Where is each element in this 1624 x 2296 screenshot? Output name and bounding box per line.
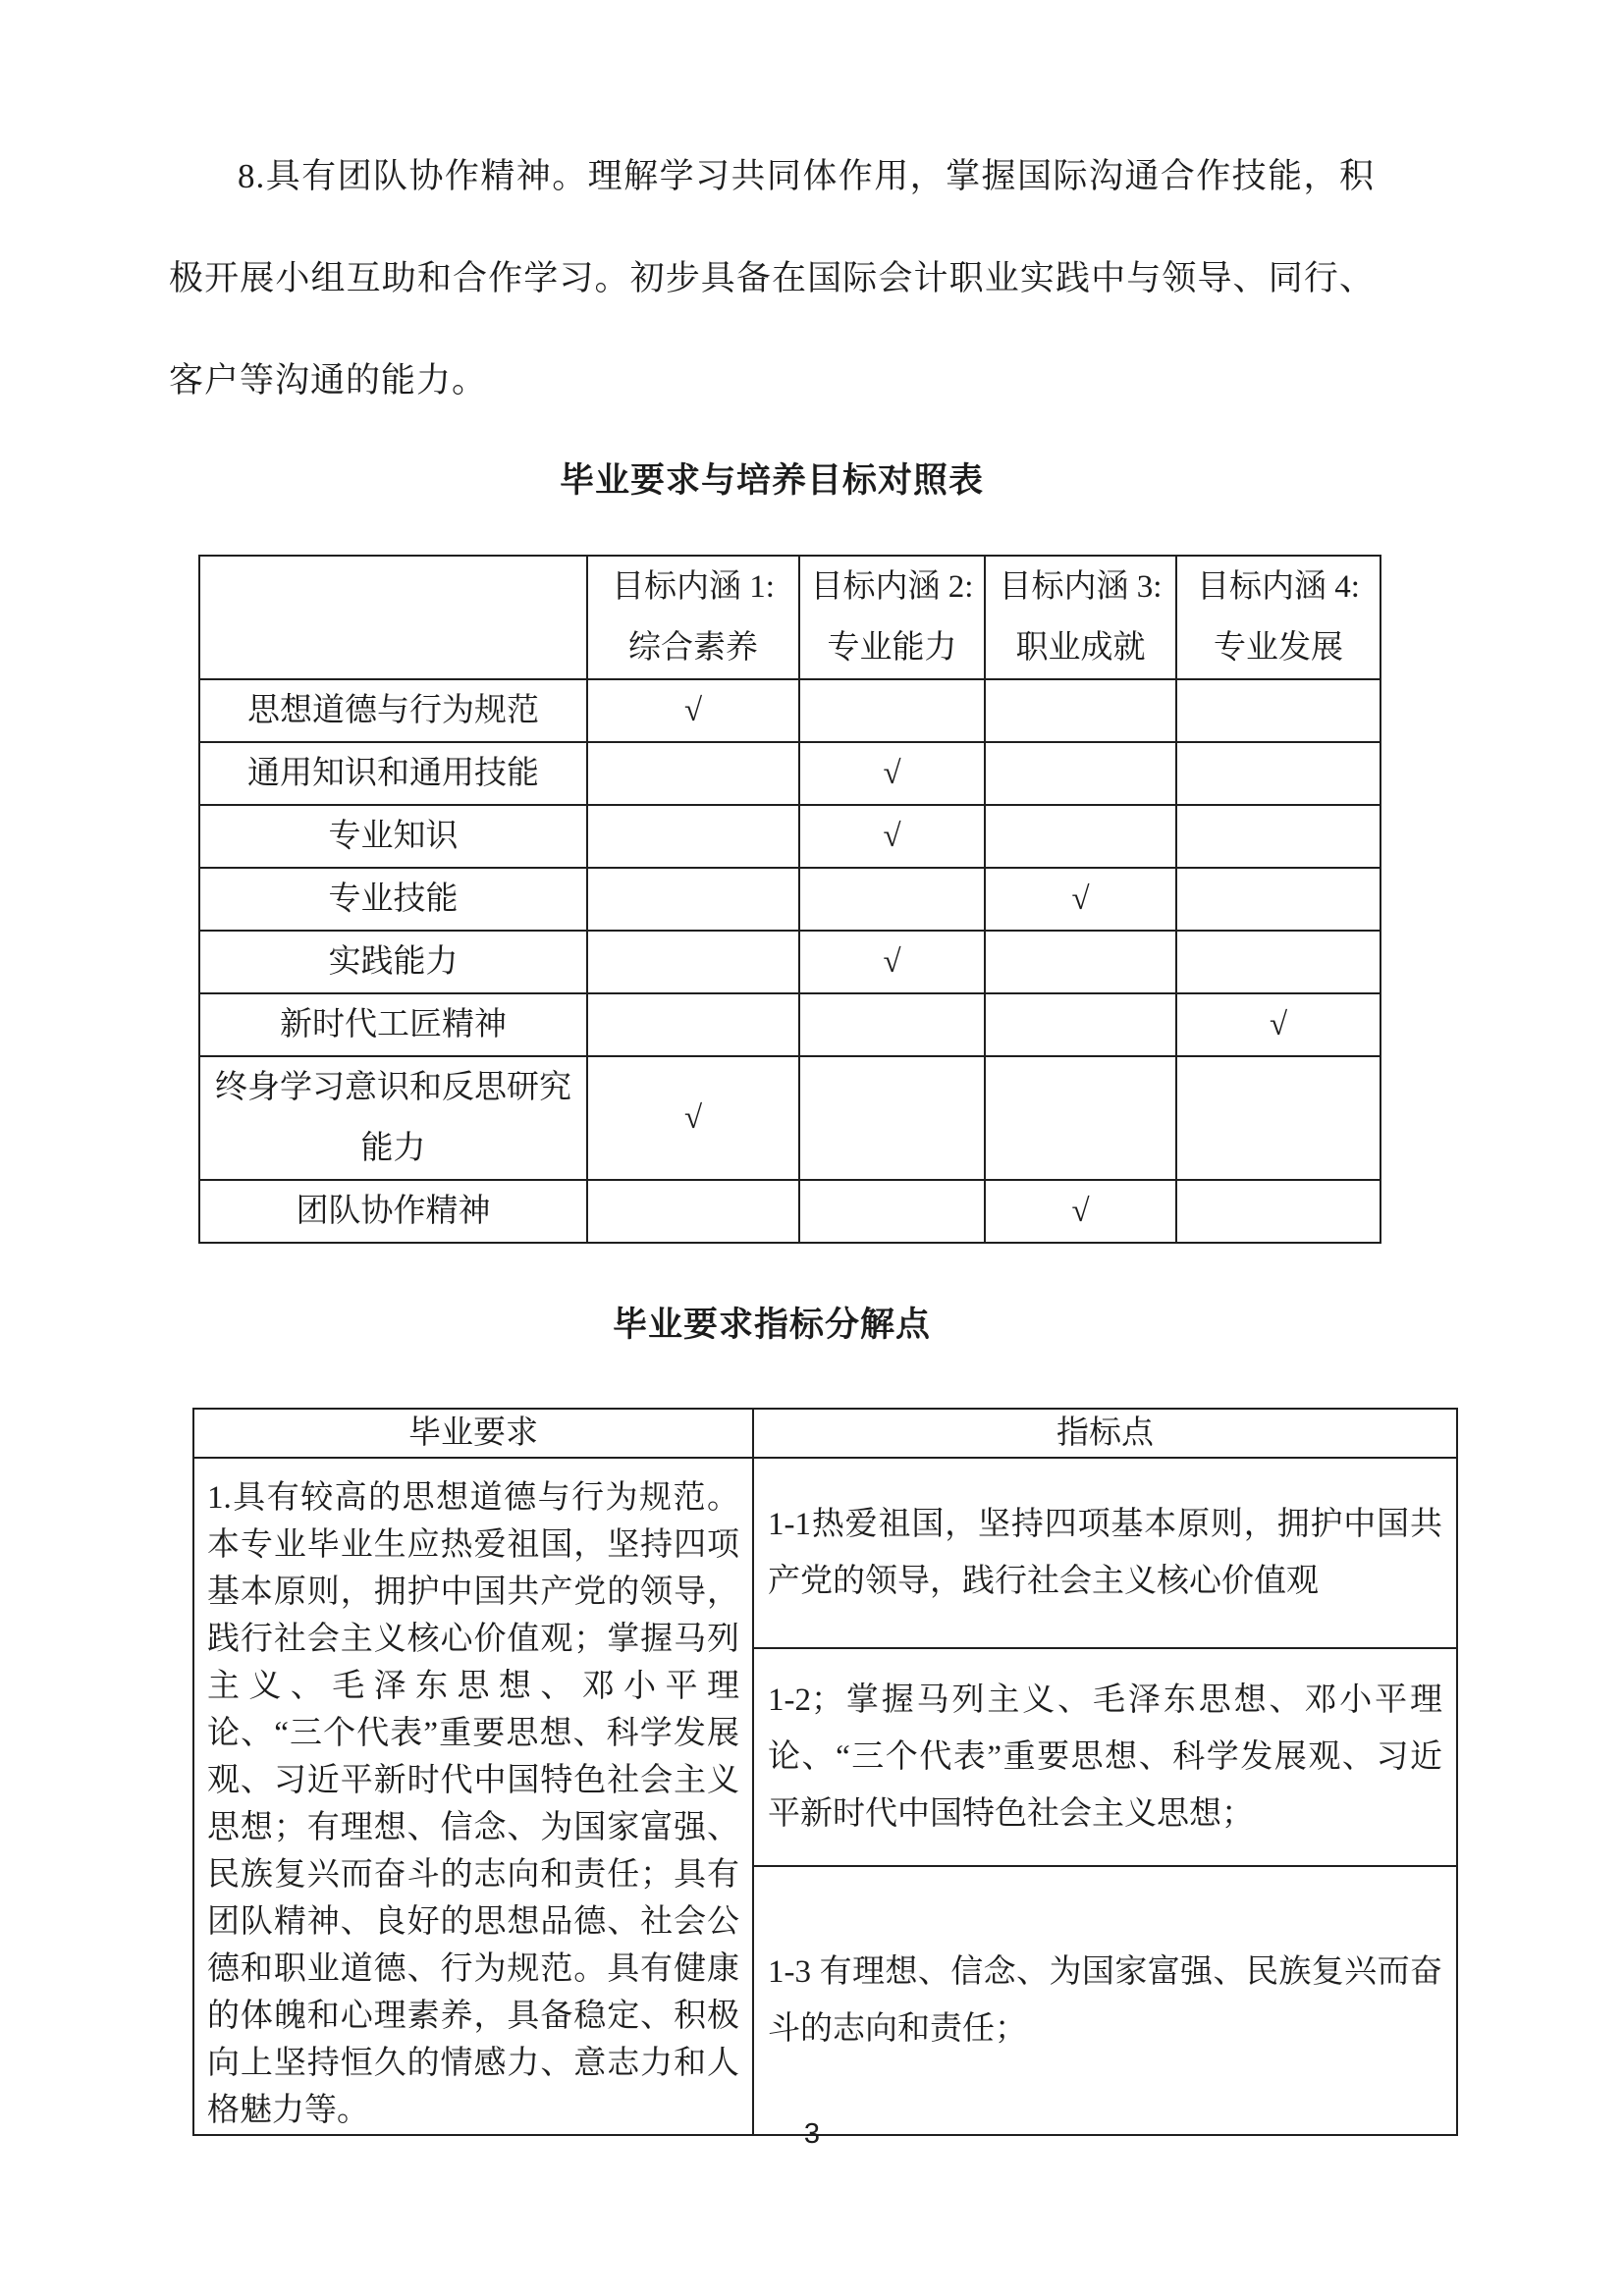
col-header-line1: 目标内涵 2:: [804, 557, 980, 617]
indicator-breakdown-table: 毕业要求 指标点 1.具有较高的思想道德与行为规范。本专业毕业生应热爱祖国，坚持…: [192, 1408, 1458, 2136]
col-header-line2: 综合素养: [592, 617, 794, 678]
col-header-line1: 目标内涵 1:: [592, 557, 794, 617]
table-row: 实践能力 √: [199, 931, 1380, 993]
check-cell: [985, 679, 1176, 742]
col-header-requirement: 毕业要求: [193, 1409, 753, 1458]
table-row: 团队协作精神 √: [199, 1180, 1380, 1243]
table-row: 终身学习意识和反思研究能力 √: [199, 1056, 1380, 1180]
check-cell: √: [587, 679, 799, 742]
check-cell: [985, 931, 1176, 993]
check-cell: [799, 1180, 985, 1243]
col-header-line2: 专业能力: [804, 617, 980, 678]
check-cell: [985, 993, 1176, 1056]
col-header-objective-2: 目标内涵 2: 专业能力: [799, 556, 985, 679]
check-cell: √: [799, 931, 985, 993]
check-cell: √: [1176, 993, 1380, 1056]
table-row: 专业知识 √: [199, 805, 1380, 868]
table-row: 专业技能 √: [199, 868, 1380, 931]
check-cell: [587, 931, 799, 993]
check-cell: [799, 993, 985, 1056]
check-cell: √: [587, 1056, 799, 1180]
check-cell: [1176, 868, 1380, 931]
check-cell: √: [985, 868, 1176, 931]
col-header-line2: 职业成就: [990, 617, 1171, 678]
objectives-matrix-table: 目标内涵 1: 综合素养 目标内涵 2: 专业能力 目标内涵 3: 职业成就 目…: [198, 555, 1381, 1244]
row-label: 专业技能: [199, 868, 587, 931]
col-header-indicator: 指标点: [753, 1409, 1457, 1458]
indicator-cell-1-2: 1-2；掌握马列主义、毛泽东思想、邓小平理论、“三个代表”重要思想、科学发展观、…: [753, 1648, 1457, 1866]
col-header-objective-4: 目标内涵 4: 专业发展: [1176, 556, 1380, 679]
col-header-objective-3: 目标内涵 3: 职业成就: [985, 556, 1176, 679]
check-cell: [1176, 931, 1380, 993]
table1-header-row: 目标内涵 1: 综合素养 目标内涵 2: 专业能力 目标内涵 3: 职业成就 目…: [199, 556, 1380, 679]
document-page: 8.具有团队协作精神。理解学习共同体作用，掌握国际沟通合作技能，积极开展小组互助…: [0, 0, 1624, 2296]
row-label: 新时代工匠精神: [199, 993, 587, 1056]
table-row: 新时代工匠精神 √: [199, 993, 1380, 1056]
check-cell: [799, 868, 985, 931]
check-cell: [587, 742, 799, 805]
check-cell: [985, 805, 1176, 868]
check-cell: [1176, 1056, 1380, 1180]
check-cell: [1176, 805, 1380, 868]
row-label: 专业知识: [199, 805, 587, 868]
table1-title: 毕业要求与培养目标对照表: [169, 454, 1375, 503]
row-label: 终身学习意识和反思研究能力: [199, 1056, 587, 1180]
check-cell: [1176, 679, 1380, 742]
corner-cell: [199, 556, 587, 679]
check-cell: [985, 742, 1176, 805]
col-header-line1: 目标内涵 4:: [1181, 557, 1376, 617]
check-cell: √: [799, 805, 985, 868]
check-cell: [587, 805, 799, 868]
check-cell: [799, 1056, 985, 1180]
paragraph-item-8: 8.具有团队协作精神。理解学习共同体作用，掌握国际沟通合作技能，积极开展小组互助…: [169, 126, 1375, 432]
check-cell: [587, 868, 799, 931]
check-cell: [799, 679, 985, 742]
check-cell: √: [799, 742, 985, 805]
row-label: 思想道德与行为规范: [199, 679, 587, 742]
row-label: 实践能力: [199, 931, 587, 993]
check-cell: √: [985, 1180, 1176, 1243]
row-label: 通用知识和通用技能: [199, 742, 587, 805]
table-row: 思想道德与行为规范 √: [199, 679, 1380, 742]
check-cell: [985, 1056, 1176, 1180]
page-number: 3: [0, 2118, 1624, 2151]
row-label: 团队协作精神: [199, 1180, 587, 1243]
table2-header-row: 毕业要求 指标点: [193, 1409, 1457, 1458]
col-header-line2: 专业发展: [1181, 617, 1376, 678]
check-cell: [1176, 742, 1380, 805]
check-cell: [1176, 1180, 1380, 1243]
table2-title: 毕业要求指标分解点: [169, 1298, 1375, 1347]
check-cell: [587, 993, 799, 1056]
requirement-cell: 1.具有较高的思想道德与行为规范。本专业毕业生应热爱祖国，坚持四项基本原则，拥护…: [193, 1458, 753, 2135]
table-row: 1.具有较高的思想道德与行为规范。本专业毕业生应热爱祖国，坚持四项基本原则，拥护…: [193, 1458, 1457, 1648]
col-header-line1: 目标内涵 3:: [990, 557, 1171, 617]
col-header-objective-1: 目标内涵 1: 综合素养: [587, 556, 799, 679]
indicator-cell-1-3: 1-3 有理想、信念、为国家富强、民族复兴而奋斗的志向和责任；: [753, 1866, 1457, 2135]
table-row: 通用知识和通用技能 √: [199, 742, 1380, 805]
indicator-cell-1-1: 1-1热爱祖国，坚持四项基本原则，拥护中国共产党的领导，践行社会主义核心价值观: [753, 1458, 1457, 1648]
check-cell: [587, 1180, 799, 1243]
